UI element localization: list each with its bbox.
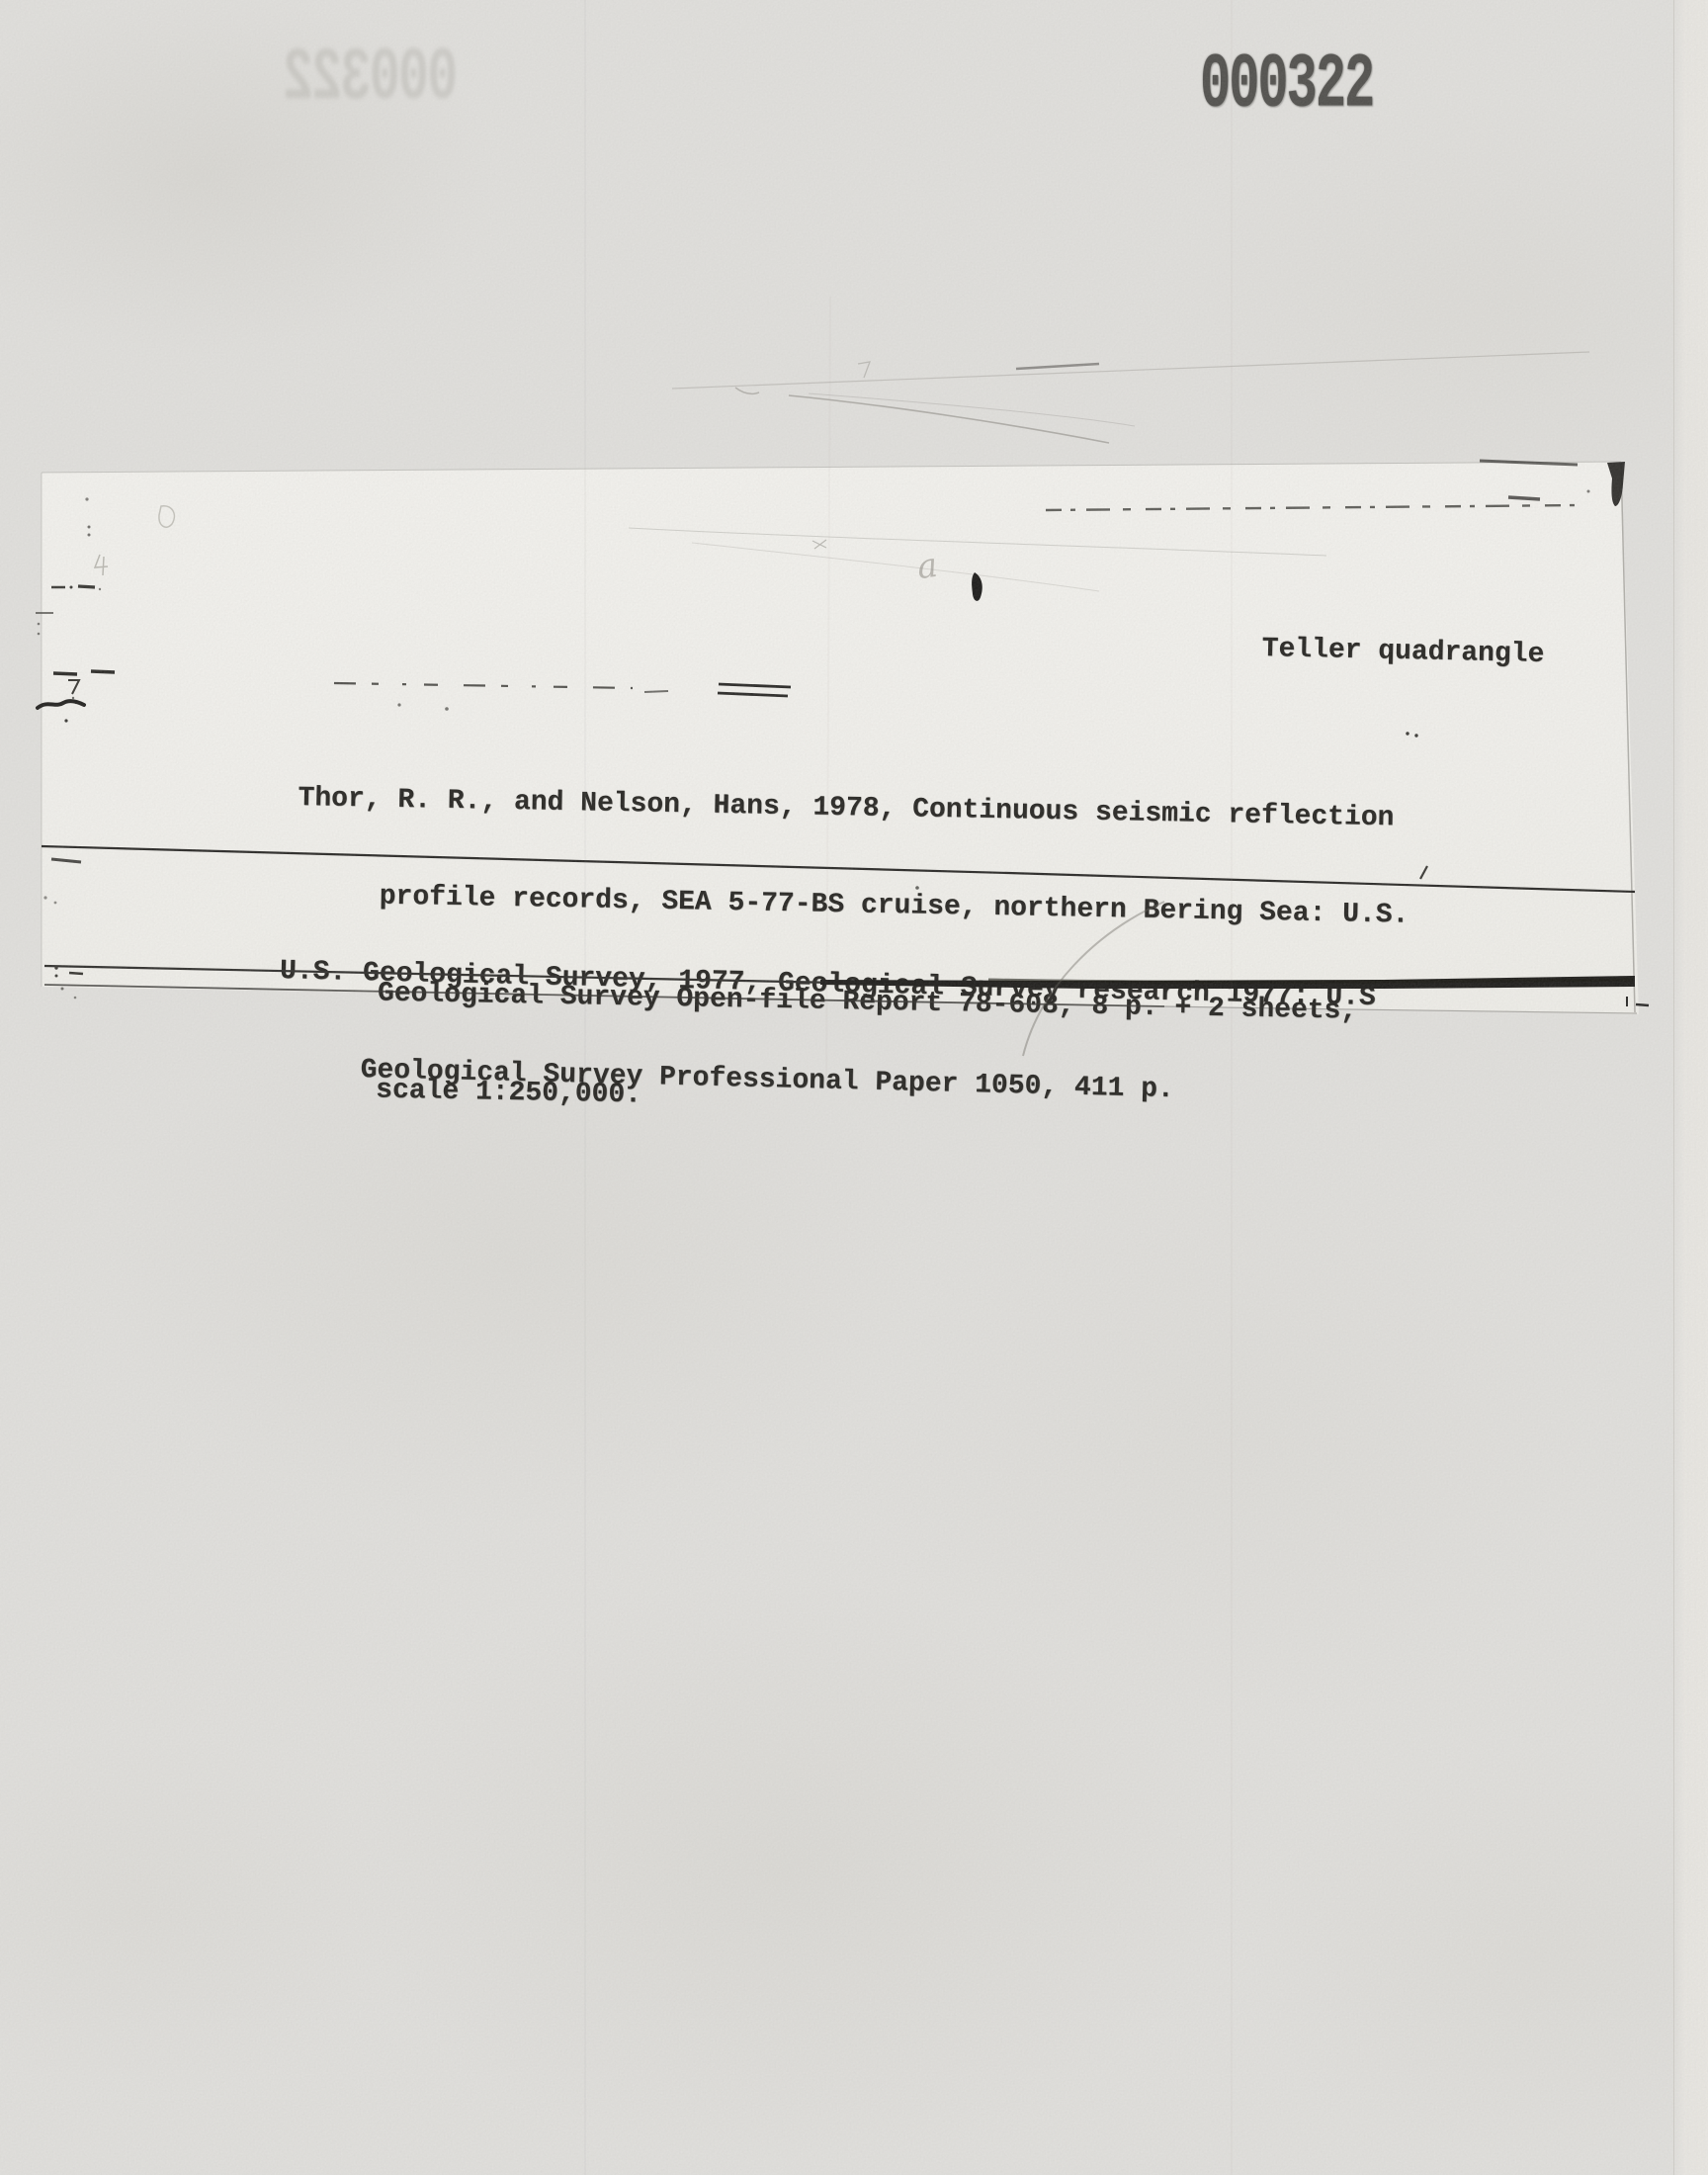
citation-line: Thor, R. R., and Nelson, Hans, 1978, Con…: [298, 781, 1410, 837]
citation-line: U.S. Geological Survey, 1977, Geological…: [280, 954, 1377, 1016]
quadrangle-label: Teller quadrangle: [1261, 634, 1544, 671]
citation-entry: U.S. Geological Survey, 1977, Geological…: [276, 893, 1378, 1174]
scanned-page: 000322 000322 Teller quadrangle Thor, R.…: [0, 0, 1708, 2175]
citation-line: Geological Survey Professional Paper 105…: [360, 1053, 1374, 1113]
page-number-stamp: 000322: [1200, 42, 1373, 130]
scan-edge-band: [1673, 0, 1708, 2175]
ghost-stamp-bleedthrough: 000322: [285, 37, 458, 122]
